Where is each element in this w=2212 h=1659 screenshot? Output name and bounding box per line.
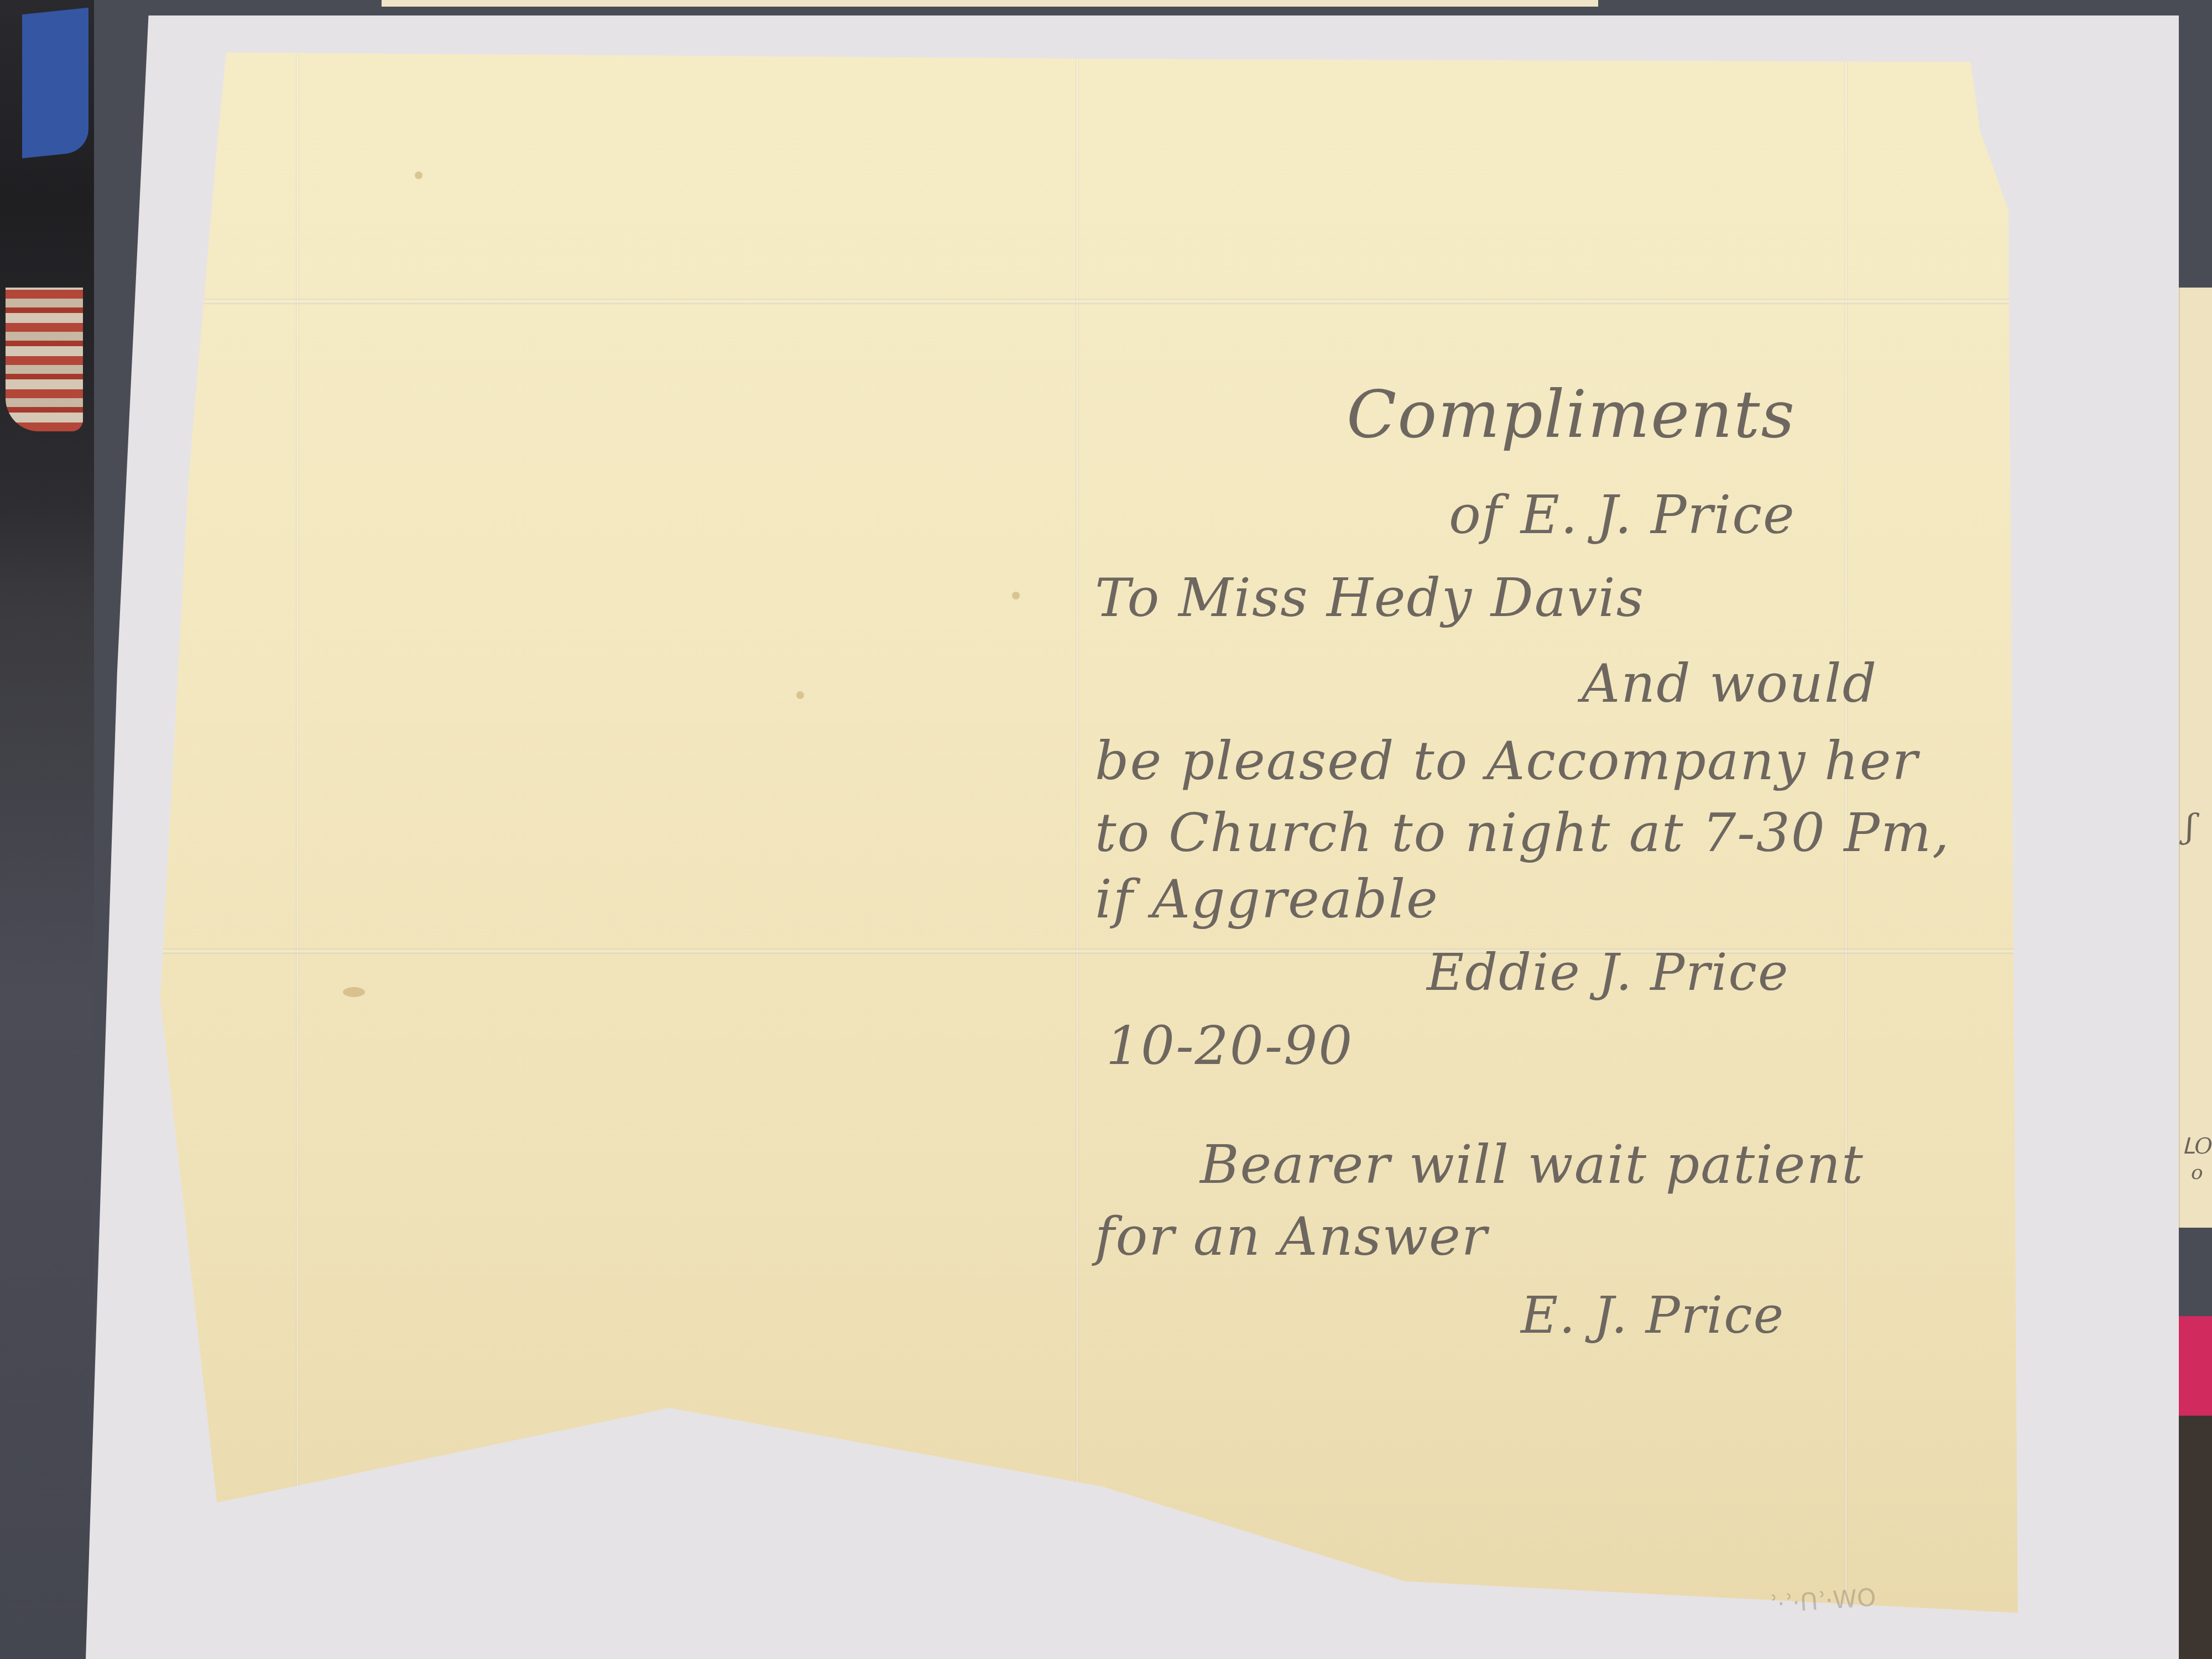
letter-date: 10-20-90 — [1106, 1015, 1353, 1077]
background-blue-binder — [22, 8, 88, 159]
paper-stain — [343, 987, 365, 997]
background-plaid-fabric — [6, 288, 83, 431]
letter-sheet: Compliments of E. J. Price To Miss Hedy … — [160, 53, 2046, 1629]
letter-line-of-ej-price: of E. J. Price — [1449, 484, 1796, 546]
letter-signature-eddie-price: Eddie J. Price — [1427, 943, 1790, 1002]
letter-signature-ej-price: E. J. Price — [1521, 1286, 1785, 1345]
background-pink-tag — [2178, 1316, 2212, 1416]
background-top-paper-strip — [382, 0, 1598, 7]
paper-stain — [1012, 592, 1020, 599]
right-document-text: ᒪO — [2182, 1134, 2212, 1159]
paper-stain — [796, 691, 804, 699]
background-right-document: ʃ ᒪO o — [2179, 288, 2212, 1228]
paper-stain — [415, 171, 422, 179]
letter-line-if-aggreable: if Aggreable — [1095, 868, 1439, 930]
fold-line-horizontal-top — [160, 299, 2046, 304]
fold-line-vertical-center — [1076, 53, 1079, 1629]
letter-line-bearer-will-wait: Bearer will wait patient — [1200, 1134, 1864, 1196]
fold-line-vertical-left — [296, 53, 299, 1629]
right-document-text: o — [2191, 1161, 2203, 1184]
letter-line-be-pleased: be pleased to Accompany her — [1095, 730, 1918, 792]
letter-line-recipient: To Miss Hedy Davis — [1095, 567, 1645, 629]
background-desk-left — [0, 0, 94, 1659]
letter-line-and-would: And would — [1582, 653, 1877, 714]
right-document-handwriting: ʃ — [2185, 807, 2194, 846]
letter-line-to-church: to Church to night at 7-30 Pm, — [1095, 802, 1950, 864]
letter-line-compliments: Compliments — [1347, 376, 1796, 452]
background-wood-edge — [2176, 1416, 2212, 1659]
letter-line-for-an-answer: for an Answer — [1095, 1206, 1488, 1267]
